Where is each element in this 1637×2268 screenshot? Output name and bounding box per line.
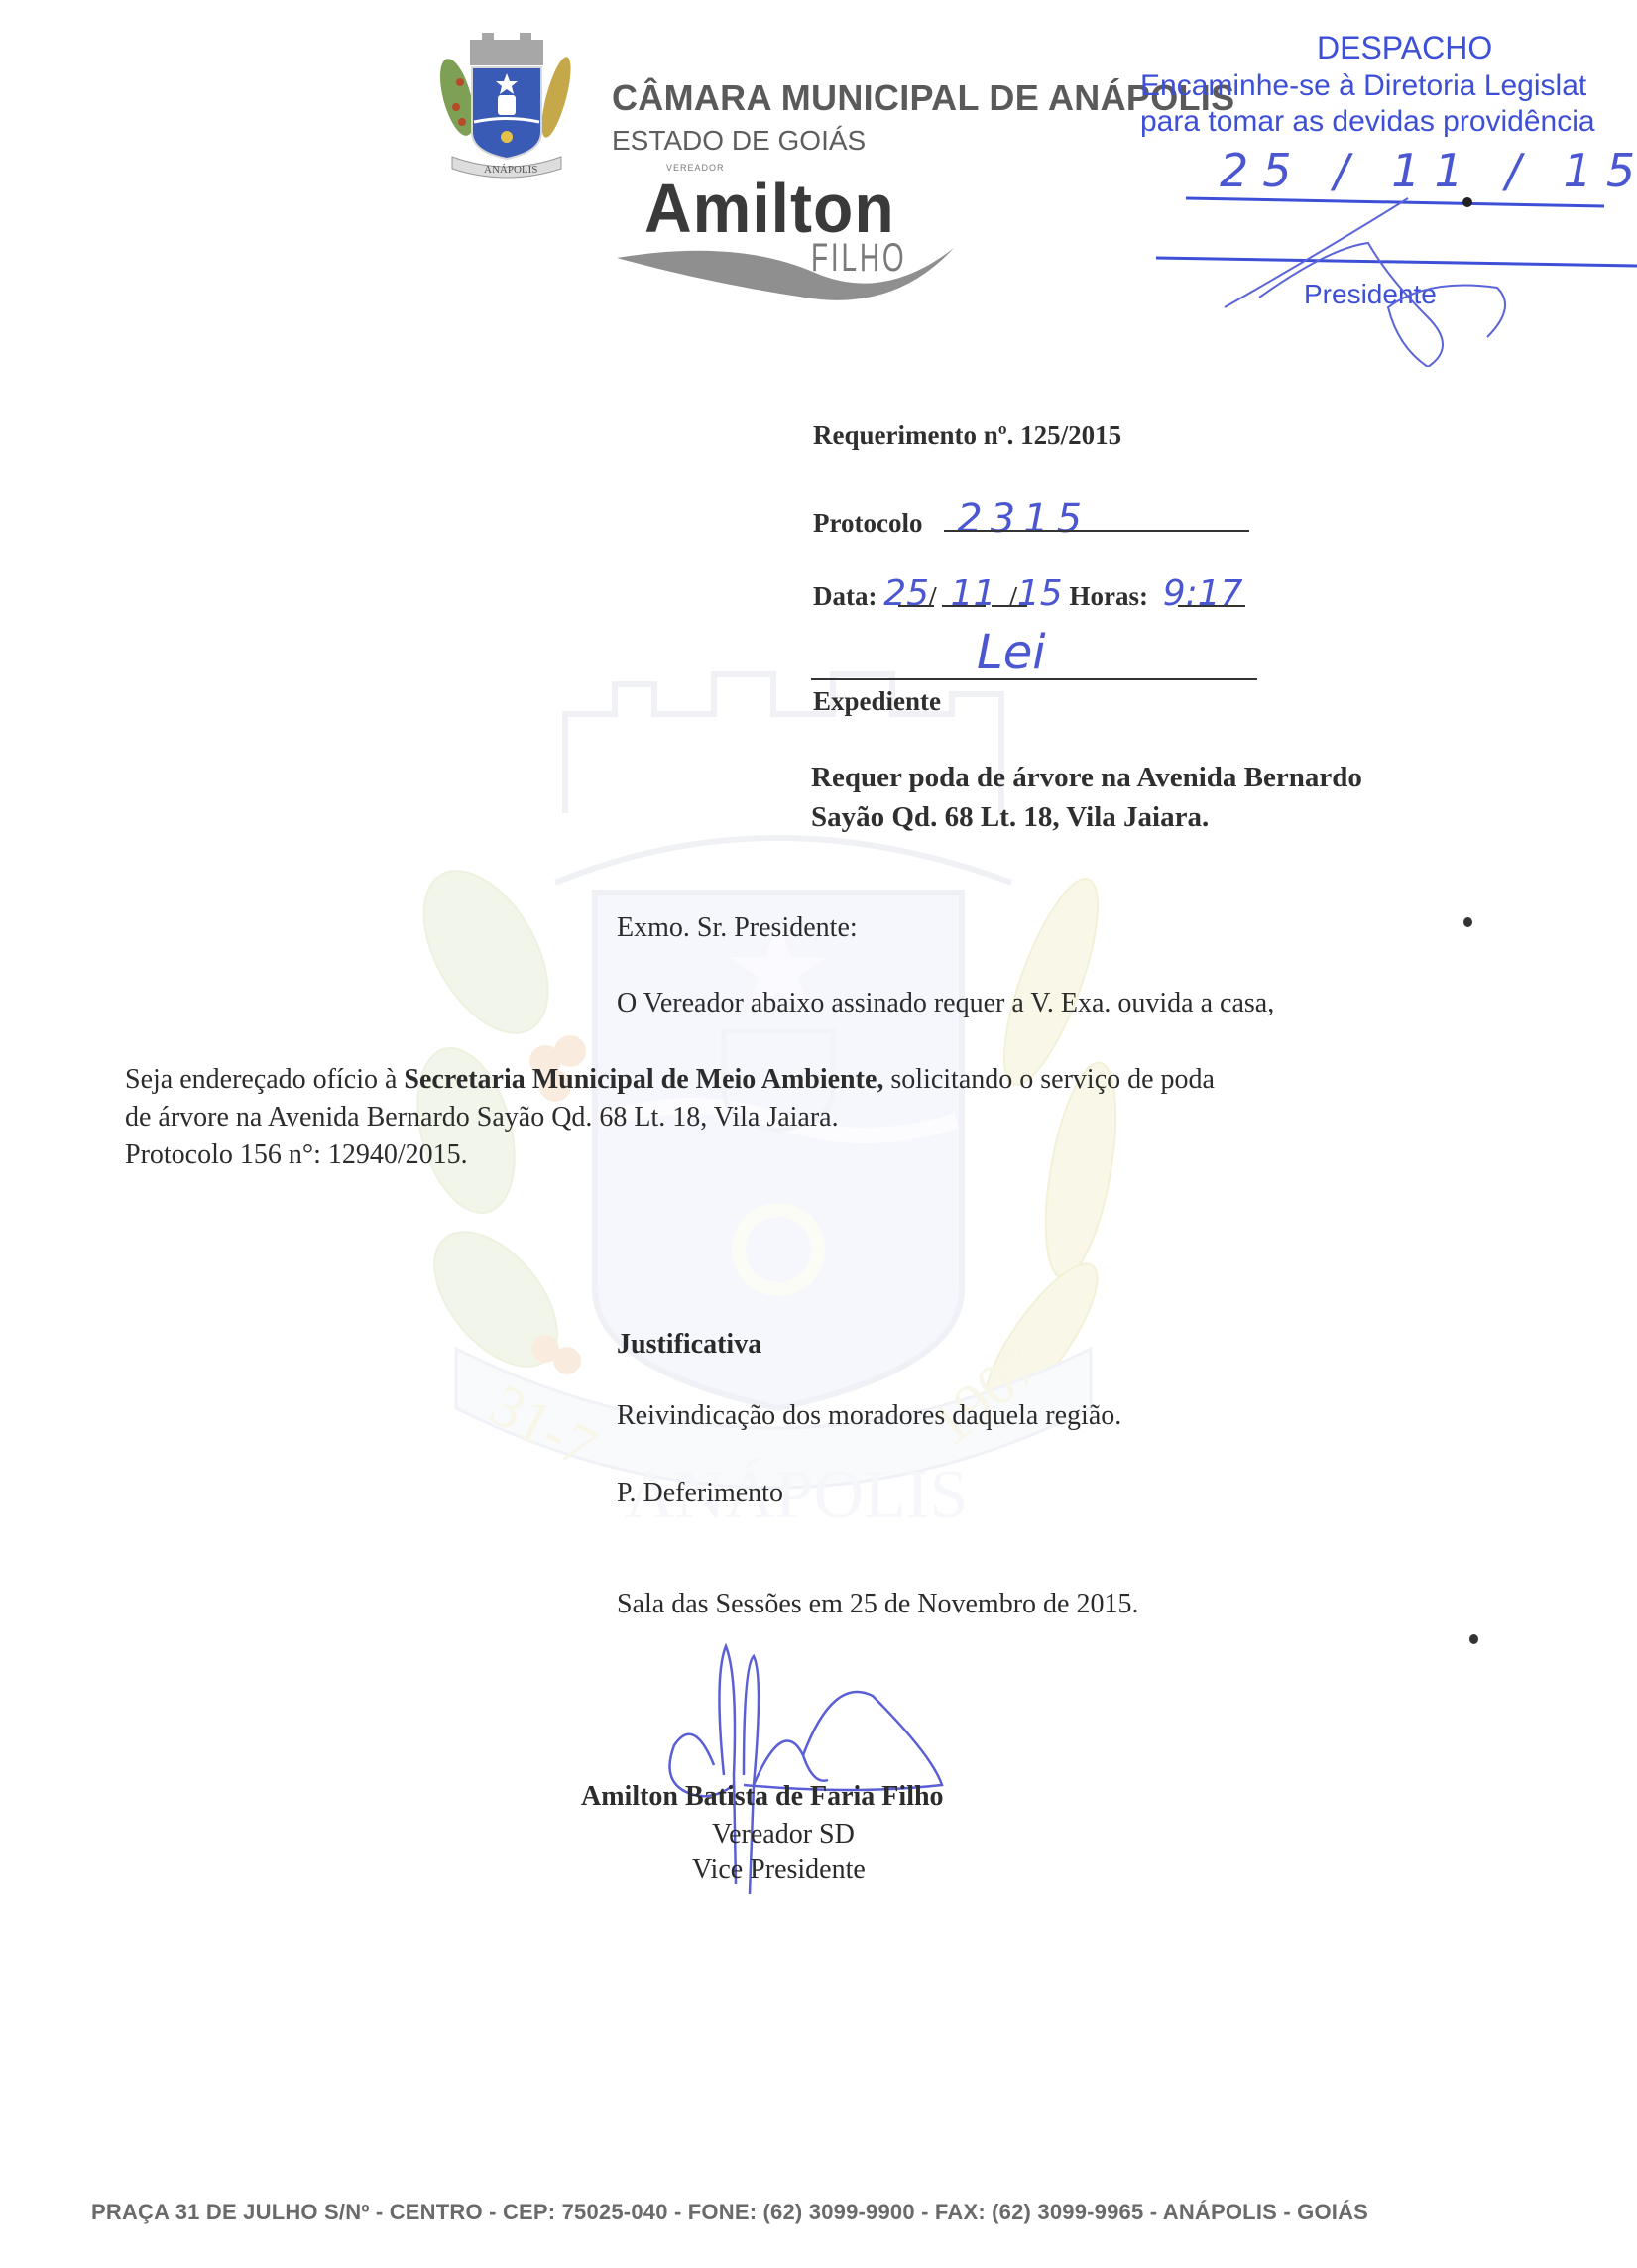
hours-label: Horas: (1069, 581, 1147, 611)
request-line-3: Protocolo 156 n°: 12940/2015. (125, 1136, 1215, 1174)
expediente-line (811, 678, 1257, 680)
justification-text: Reivindicação dos moradores daquela regi… (617, 1400, 1121, 1432)
date-month: 11 (951, 573, 996, 614)
justification-title: Justificativa (617, 1329, 761, 1361)
svg-text:ANÁPOLIS: ANÁPOLIS (484, 164, 537, 176)
date-month-underline (942, 605, 986, 607)
expediente-label: Expediente (813, 686, 941, 717)
date-year: 15 (1017, 573, 1063, 614)
protocol-underline (944, 530, 1249, 532)
receiver-initials: Lei (977, 625, 1046, 680)
footer-address: PRAÇA 31 DE JULHO S/Nº - CENTRO - CEP: 7… (91, 2200, 1368, 2225)
page-mark-dot (1469, 1634, 1478, 1644)
request-paragraph: Seja endereçado ofício à Secretaria Muni… (125, 1061, 1215, 1174)
signer-name: Amilton Batista de Faria Filho (581, 1781, 944, 1813)
signer-role: Vereador SD (712, 1819, 855, 1850)
signer-position: Vice Presidente (692, 1854, 866, 1886)
request-line-1: Seja endereçado ofício à Secretaria Muni… (125, 1061, 1215, 1099)
greeting: Exmo. Sr. Presidente: (617, 912, 858, 944)
date-day-underline (898, 605, 934, 607)
date-day: 25 (883, 573, 929, 614)
subject-line-2: Sayão Qd. 68 Lt. 18, Vila Jaiara. (811, 797, 1362, 837)
date-row: Data: 25/11/15 Horas: 9:17 (813, 573, 1243, 614)
anapolis-coat-of-arms-icon: ANÁPOLIS (432, 28, 581, 186)
protocol-value: 2315 (957, 496, 1090, 541)
request-subject: Requer poda de árvore na Avenida Bernard… (811, 758, 1362, 837)
brand-suffix: FILHO (811, 236, 906, 281)
stamp-line-1: Encaminhe-se à Diretoria Legislat (1140, 69, 1586, 103)
svg-text:25 / 11 / 15: 25 / 11 / 15 (1220, 144, 1637, 197)
hours-underline (1178, 605, 1245, 607)
addressee: Secretaria Municipal de Meio Ambiente, (404, 1064, 883, 1095)
closing: P. Deferimento (617, 1478, 783, 1509)
date-label: Data: (813, 581, 877, 611)
place-date: Sala das Sessões em 25 de Novembro de 20… (617, 1589, 1138, 1620)
protocol-label: Protocolo (813, 508, 922, 537)
protocol-row: Protocolo 2315 (813, 496, 1090, 541)
request-line-2: de árvore na Avenida Bernardo Sayão Qd. … (125, 1099, 1215, 1136)
state-name: ESTADO DE GOIÁS (612, 125, 866, 157)
date-year-underline (992, 605, 1027, 607)
hours-value: 9:17 (1163, 573, 1243, 614)
stamp-signature-block: 25 / 11 / 15 Presidente (1130, 139, 1637, 367)
request-number: Requerimento nº. 125/2015 (813, 420, 1121, 451)
page-mark-dot (1463, 917, 1472, 927)
intro-paragraph: O Vereador abaixo assinado requer a V. E… (617, 988, 1274, 1019)
subject-line-1: Requer poda de árvore na Avenida Bernard… (811, 758, 1362, 797)
stamp-line-2: para tomar as devidas providência (1140, 105, 1595, 139)
stamp-title: DESPACHO (1317, 30, 1492, 66)
